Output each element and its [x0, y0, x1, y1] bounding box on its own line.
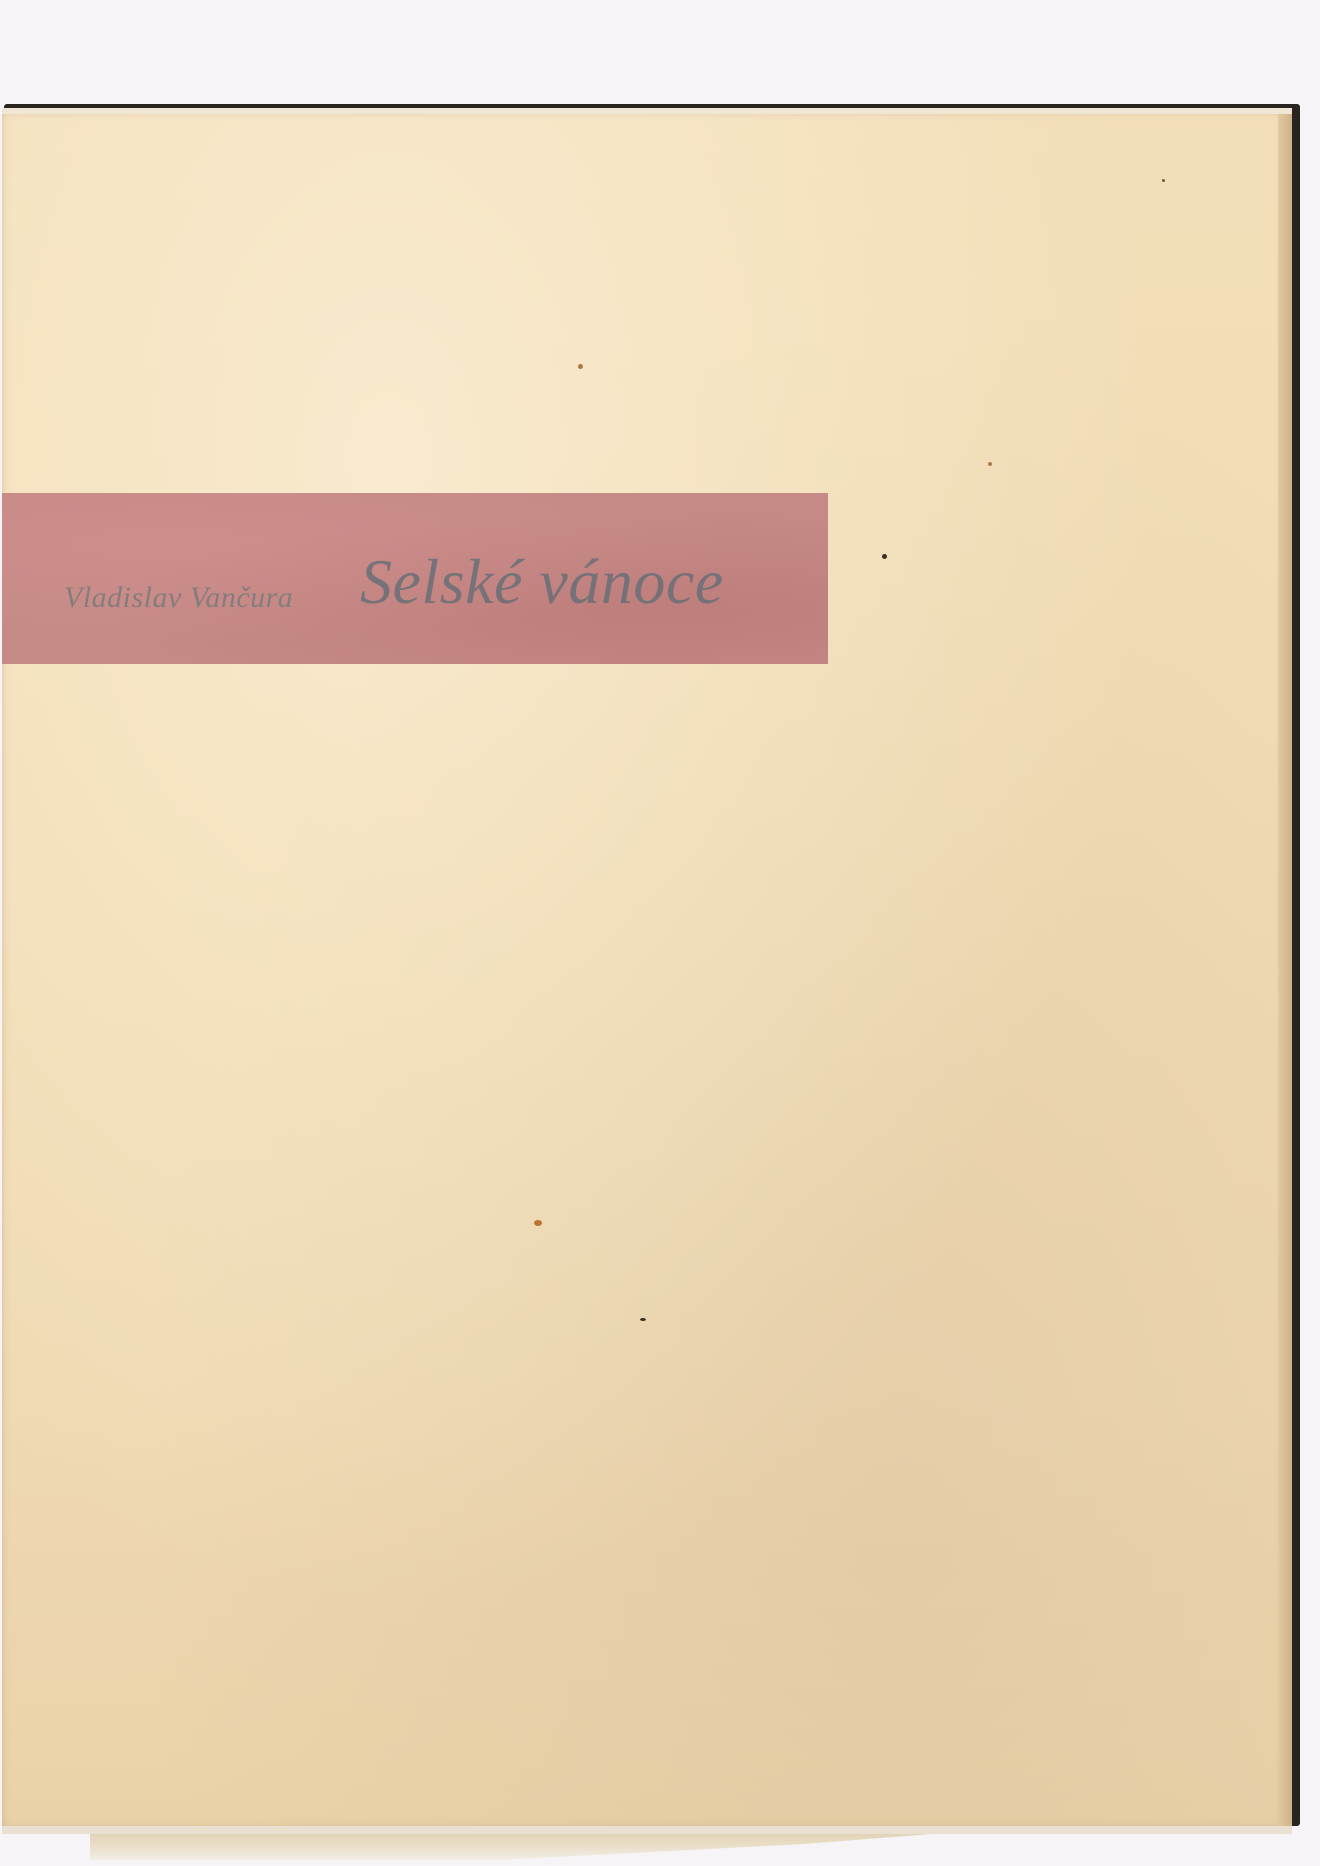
- paper-speck: [988, 462, 992, 466]
- paper-speck: [534, 1220, 542, 1226]
- book-title: Selské vánoce: [360, 545, 724, 619]
- title-band: Vladislav Vančura Selské vánoce: [2, 493, 828, 664]
- author-name: Vladislav Vančura: [64, 581, 293, 615]
- cover-right-edge: [1278, 114, 1292, 1826]
- paper-speck: [882, 554, 887, 559]
- paper-speck: [578, 364, 583, 369]
- paper-speck: [1162, 179, 1165, 182]
- book-cover: Vladislav Vančura Selské vánoce: [2, 108, 1292, 1834]
- paper-speck: [640, 1318, 646, 1321]
